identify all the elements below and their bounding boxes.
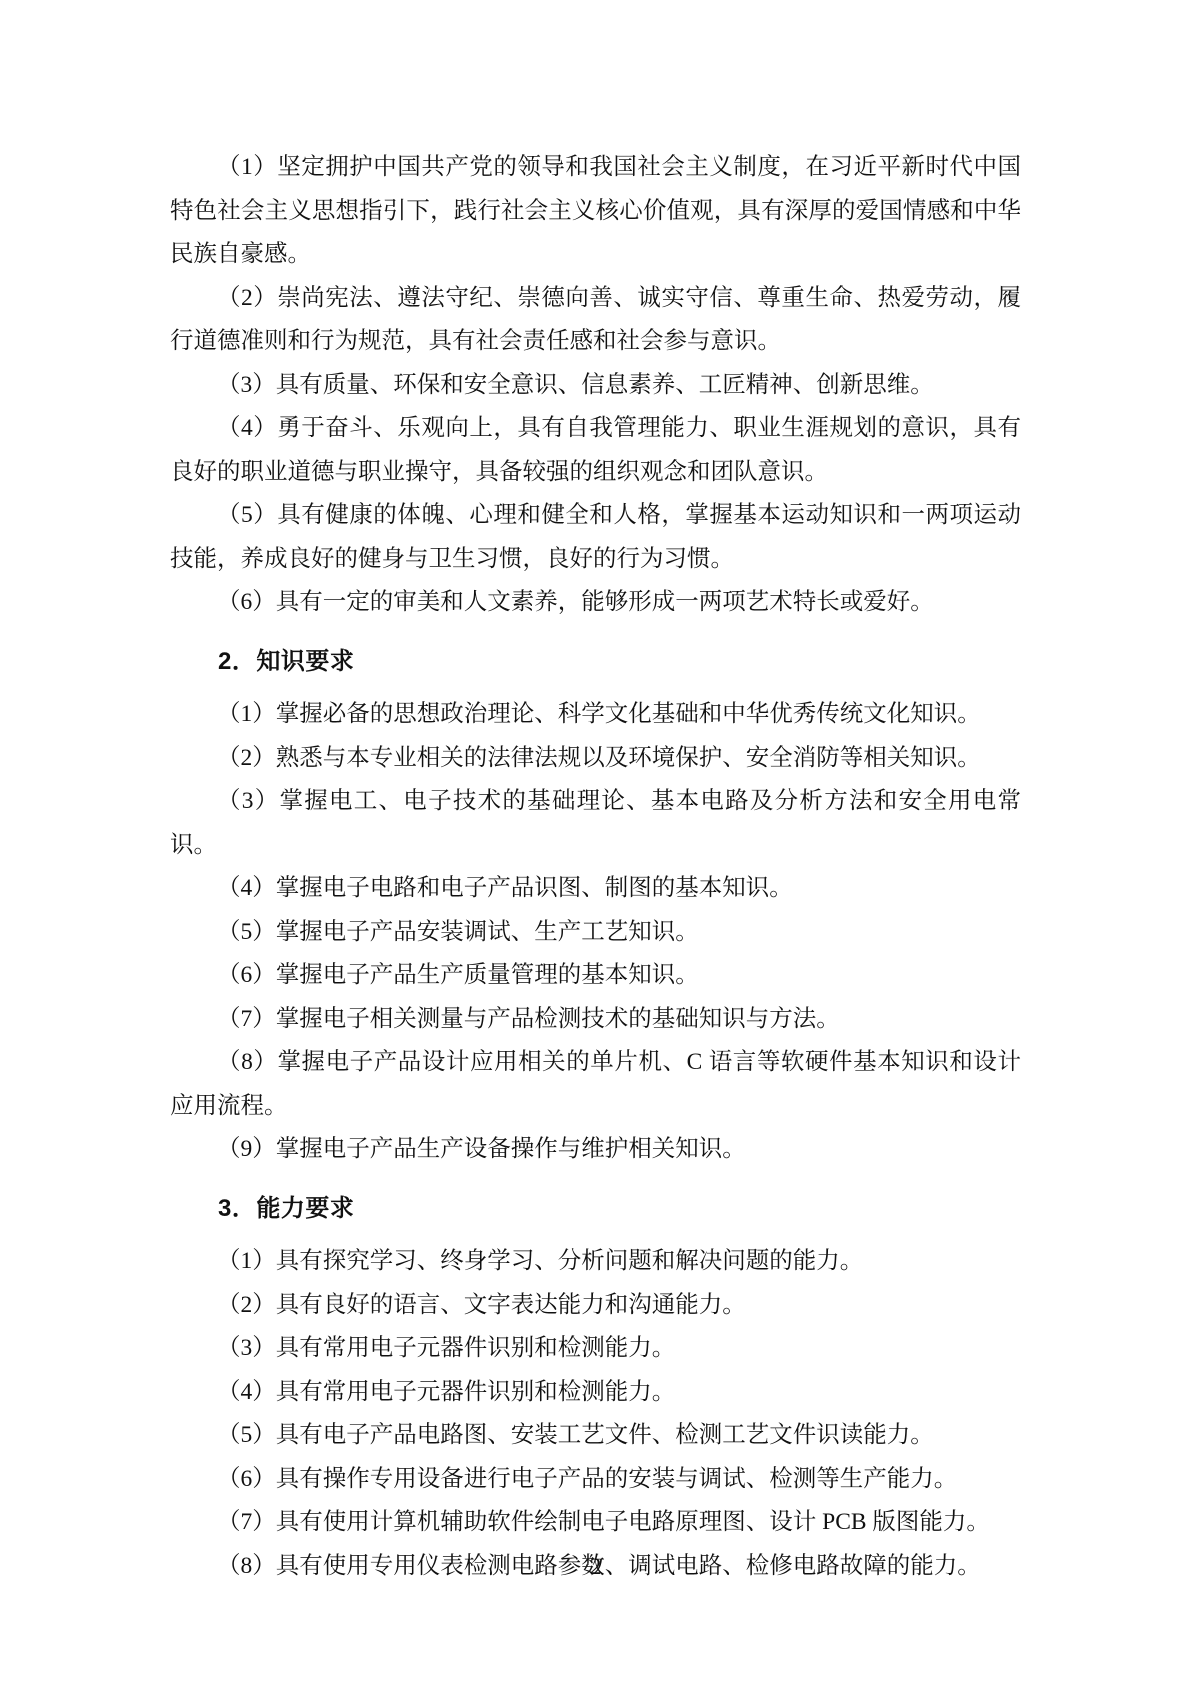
paragraph-ideology-5: （5）具有健康的体魄、心理和健全和人格，掌握基本运动知识和一两项运动技能，养成良… (170, 494, 1021, 581)
paragraph-ideology-1: （1）坚定拥护中国共产党的领导和我国社会主义制度，在习近平新时代中国特色社会主义… (170, 146, 1021, 277)
paragraph-knowledge-9: （9）掌握电子产品生产设备操作与维护相关知识。 (170, 1128, 1021, 1172)
section-heading-knowledge: 2．知识要求 (170, 640, 1021, 684)
paragraph-ideology-4: （4）勇于奋斗、乐观向上，具有自我管理能力、职业生涯规划的意识，具有良好的职业道… (170, 407, 1021, 494)
paragraph-ability-1: （1）具有探究学习、终身学习、分析问题和解决问题的能力。 (170, 1240, 1021, 1284)
paragraph-ability-3: （3）具有常用电子元器件识别和检测能力。 (170, 1327, 1021, 1371)
paragraph-ability-5: （5）具有电子产品电路图、安装工艺文件、检测工艺文件识读能力。 (170, 1414, 1021, 1458)
paragraph-knowledge-1: （1）掌握必备的思想政治理论、科学文化基础和中华优秀传统文化知识。 (170, 693, 1021, 737)
paragraph-ability-7: （7）具有使用计算机辅助软件绘制电子电路原理图、设计 PCB 版图能力。 (170, 1501, 1021, 1545)
paragraph-knowledge-4: （4）掌握电子电路和电子产品识图、制图的基本知识。 (170, 867, 1021, 911)
section-heading-ability: 3．能力要求 (170, 1187, 1021, 1231)
document-page: （1）坚定拥护中国共产党的领导和我国社会主义制度，在习近平新时代中国特色社会主义… (0, 0, 1191, 1684)
paragraph-ability-4: （4）具有常用电子元器件识别和检测能力。 (170, 1371, 1021, 1415)
paragraph-ideology-3: （3）具有质量、环保和安全意识、信息素养、工匠精神、创新思维。 (170, 364, 1021, 408)
page-number: 2 (0, 1552, 1191, 1582)
paragraph-knowledge-3: （3）掌握电工、电子技术的基础理论、基本电路及分析方法和安全用电常识。 (170, 780, 1021, 867)
paragraph-knowledge-8: （8）掌握电子产品设计应用相关的单片机、C 语言等软硬件基本知识和设计应用流程。 (170, 1041, 1021, 1128)
paragraph-ability-2: （2）具有良好的语言、文字表达能力和沟通能力。 (170, 1284, 1021, 1328)
paragraph-ideology-6: （6）具有一定的审美和人文素养，能够形成一两项艺术特长或爱好。 (170, 581, 1021, 625)
document-body: （1）坚定拥护中国共产党的领导和我国社会主义制度，在习近平新时代中国特色社会主义… (170, 146, 1021, 1588)
paragraph-knowledge-5: （5）掌握电子产品安装调试、生产工艺知识。 (170, 911, 1021, 955)
paragraph-knowledge-2: （2）熟悉与本专业相关的法律法规以及环境保护、安全消防等相关知识。 (170, 737, 1021, 781)
paragraph-knowledge-7: （7）掌握电子相关测量与产品检测技术的基础知识与方法。 (170, 998, 1021, 1042)
paragraph-ideology-2: （2）崇尚宪法、遵法守纪、崇德向善、诚实守信、尊重生命、热爱劳动，履行道德准则和… (170, 277, 1021, 364)
paragraph-ability-6: （6）具有操作专用设备进行电子产品的安装与调试、检测等生产能力。 (170, 1458, 1021, 1502)
paragraph-knowledge-6: （6）掌握电子产品生产质量管理的基本知识。 (170, 954, 1021, 998)
